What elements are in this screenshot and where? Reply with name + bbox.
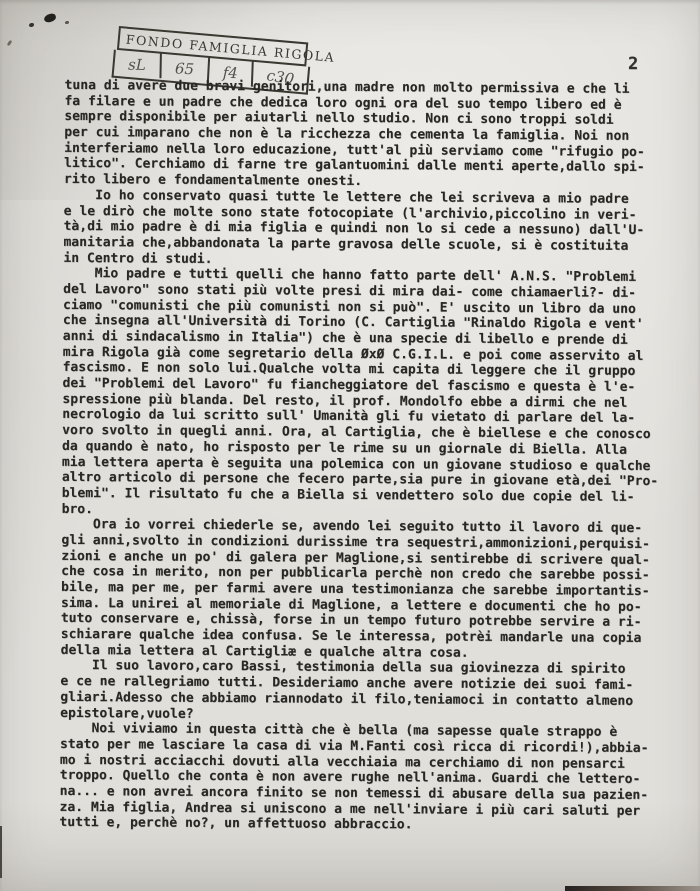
letter-body: tuna di avere due bravi genitori,una mad… <box>59 78 664 835</box>
ink-speck <box>43 13 56 23</box>
ink-speck <box>65 21 69 24</box>
paper-edge-shadow <box>0 826 2 878</box>
stamp-cell-handwritten: sL <box>114 51 161 78</box>
page-number: 2 <box>628 54 638 74</box>
scanned-letter-page: FONDO FAMIGLIA RIGOLA sL 65 f4 c30 2 tun… <box>0 0 700 891</box>
ink-speck <box>7 40 13 47</box>
ink-speck <box>29 23 34 27</box>
scan-artifact-bar <box>565 886 700 891</box>
